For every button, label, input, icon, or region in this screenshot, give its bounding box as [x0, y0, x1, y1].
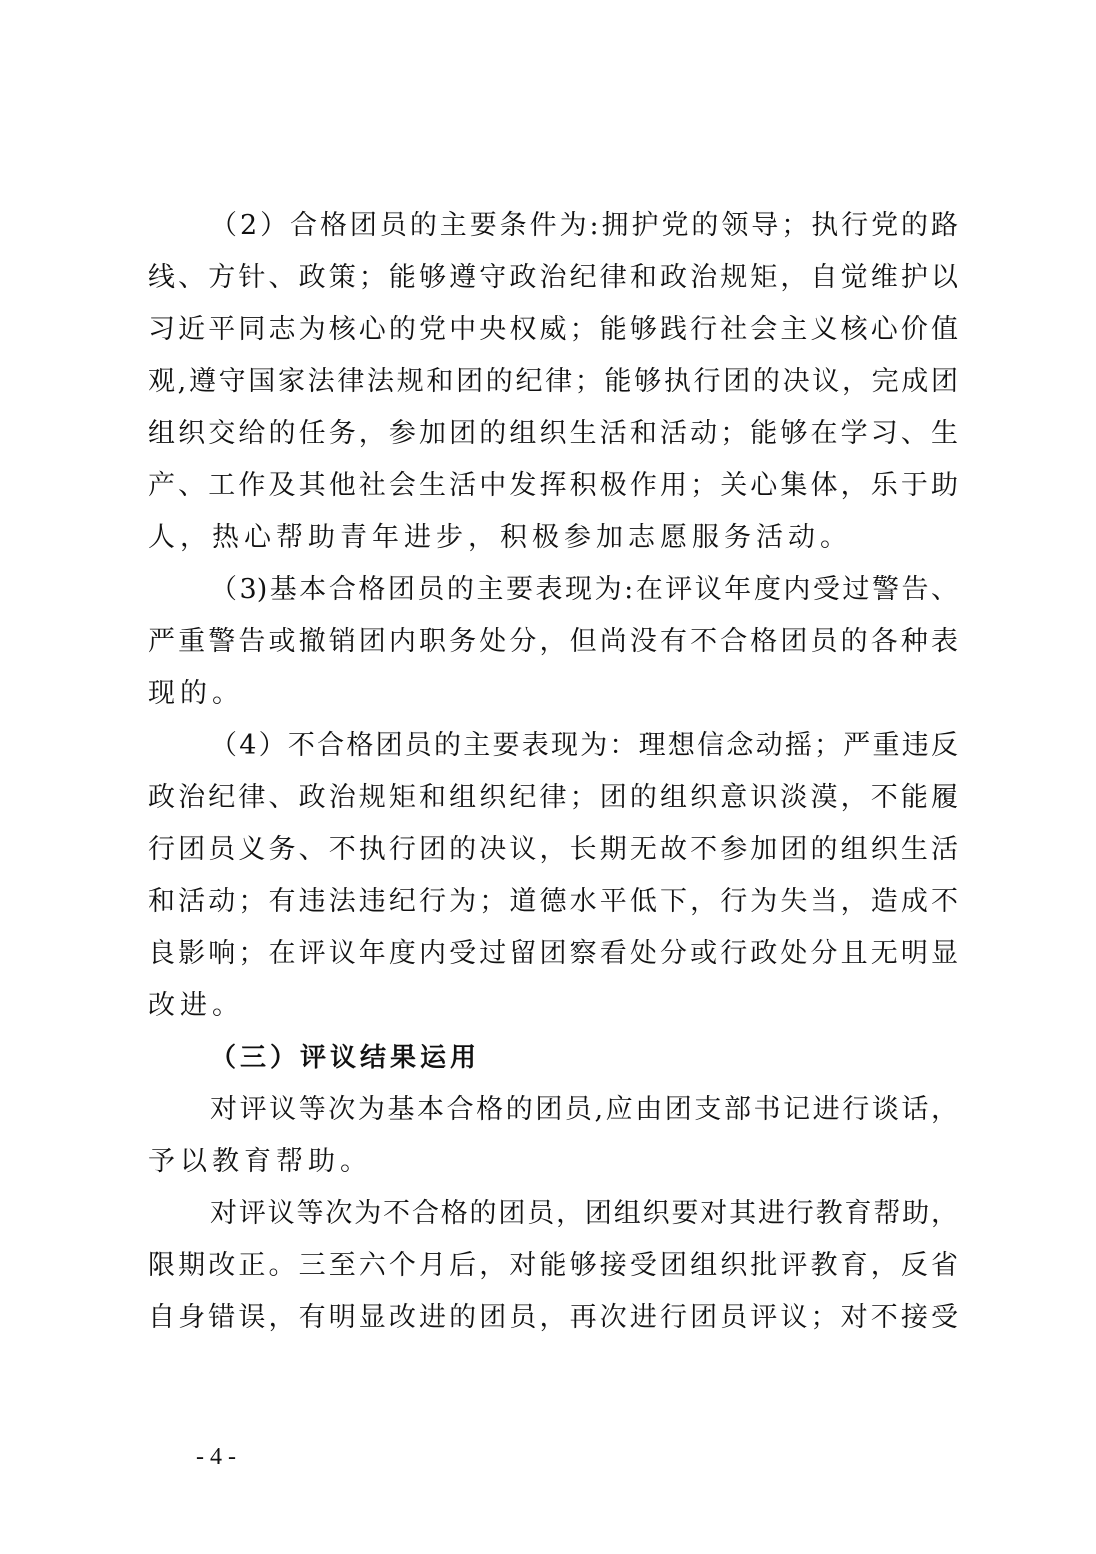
- text-line: 予以教育帮助。: [148, 1142, 958, 1182]
- text-line: 对评议等次为不合格的团员，团组织要对其进行教育帮助，: [210, 1194, 958, 1234]
- text-line: 习近平同志为核心的党中央权威；能够践行社会主义核心价值: [148, 310, 958, 350]
- text-line: 组织交给的任务，参加团的组织生活和活动；能够在学习、生: [148, 414, 958, 454]
- text-line: 线、方针、政策；能够遵守政治纪律和政治规矩，自觉维护以: [148, 258, 958, 298]
- text-line: 现的。: [148, 674, 958, 714]
- text-line: （4）不合格团员的主要表现为：理想信念动摇；严重违反: [210, 726, 958, 766]
- text-line: 限期改正。三至六个月后，对能够接受团组织批评教育，反省: [148, 1246, 958, 1286]
- text-line: 改进。: [148, 986, 958, 1026]
- text-line: （3)基本合格团员的主要表现为:在评议年度内受过警告、: [210, 570, 958, 610]
- text-line: 人，热心帮助青年进步，积极参加志愿服务活动。: [148, 518, 958, 558]
- section-heading: （三）评议结果运用: [210, 1038, 958, 1078]
- text-line: 自身错误，有明显改进的团员，再次进行团员评议；对不接受: [148, 1298, 958, 1338]
- text-line: 严重警告或撤销团内职务处分，但尚没有不合格团员的各种表: [148, 622, 958, 662]
- text-line: 良影响；在评议年度内受过留团察看处分或行政处分且无明显: [148, 934, 958, 974]
- document-page: （2）合格团员的主要条件为:拥护党的领导；执行党的路 线、方针、政策；能够遵守政…: [0, 0, 1096, 1554]
- text-line: 产、工作及其他社会生活中发挥积极作用；关心集体，乐于助: [148, 466, 958, 506]
- text-line: 行团员义务、不执行团的决议，长期无故不参加团的组织生活: [148, 830, 958, 870]
- text-line: 和活动；有违法违纪行为；道德水平低下，行为失当，造成不: [148, 882, 958, 922]
- text-line: 对评议等次为基本合格的团员,应由团支部书记进行谈话，: [210, 1090, 958, 1130]
- text-line: 政治纪律、政治规矩和组织纪律；团的组织意识淡漠，不能履: [148, 778, 958, 818]
- page-number: - 4 -: [196, 1442, 236, 1472]
- text-line: 观,遵守国家法律法规和团的纪律；能够执行团的决议，完成团: [148, 362, 958, 402]
- text-line: （2）合格团员的主要条件为:拥护党的领导；执行党的路: [210, 206, 958, 246]
